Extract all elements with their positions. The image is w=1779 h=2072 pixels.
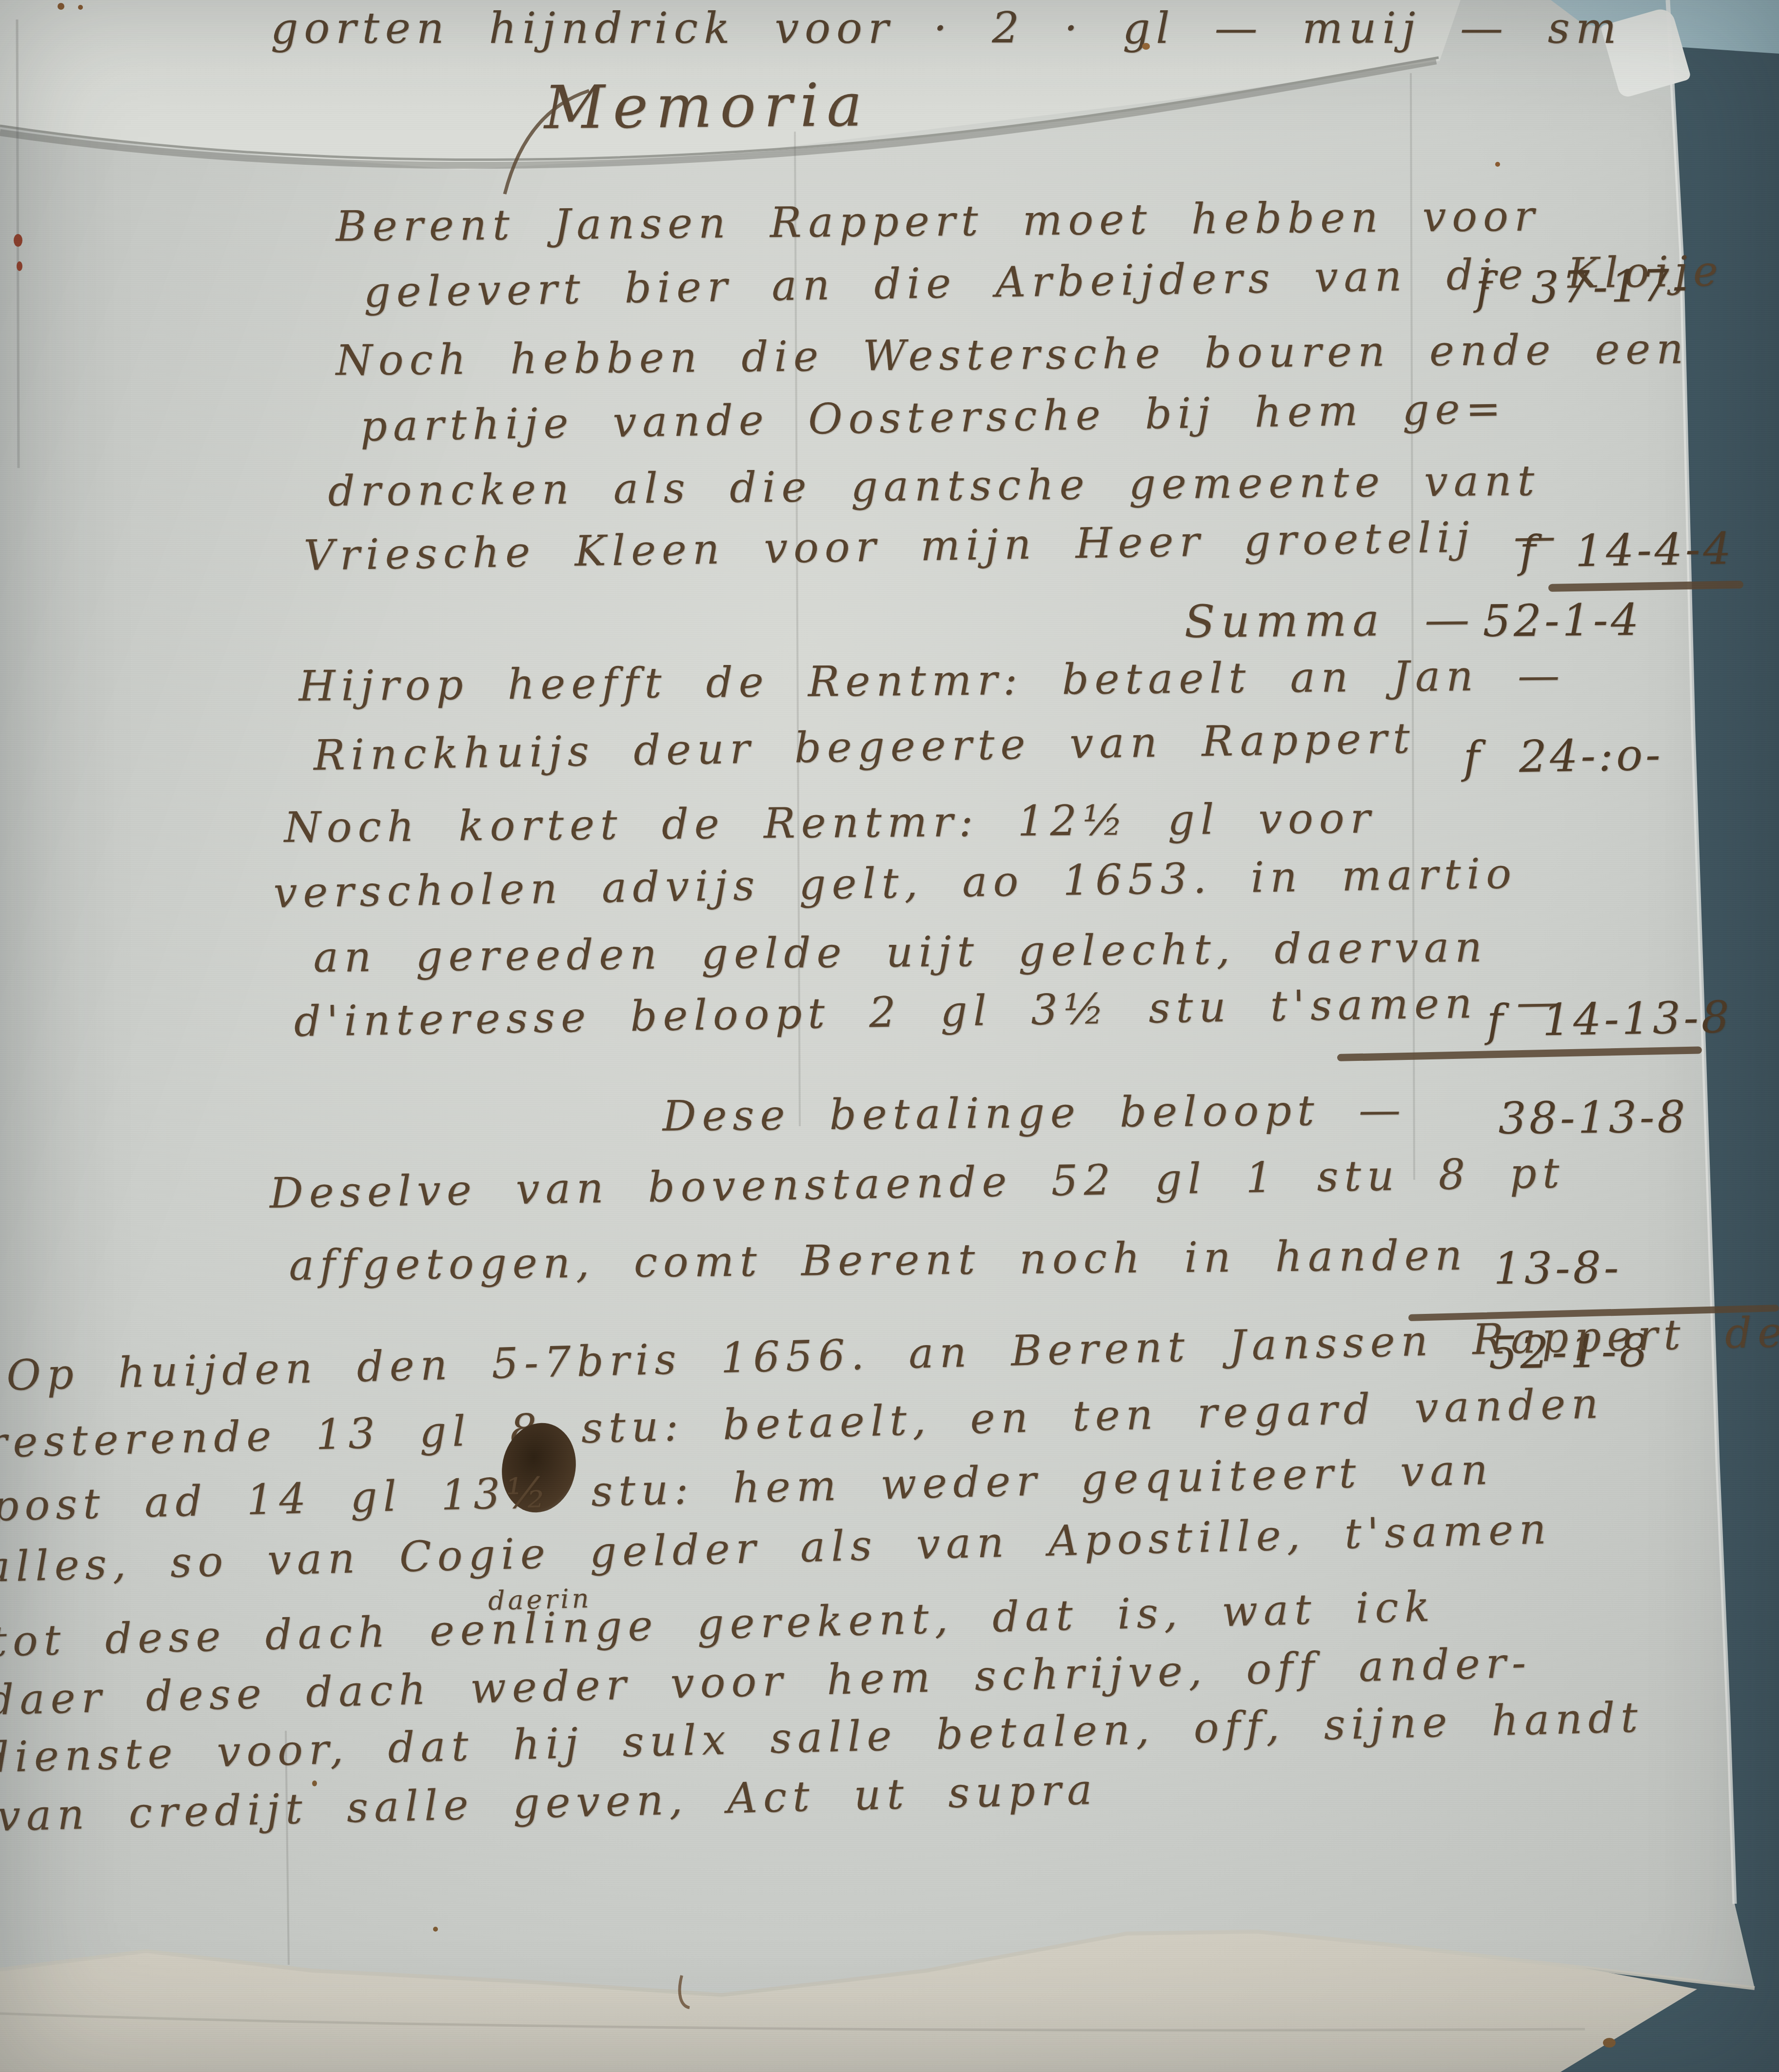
foxing-speck xyxy=(58,3,64,10)
foxing-speck xyxy=(78,5,83,10)
red-ink-mark xyxy=(17,261,22,271)
amount-value: 38-13-8 xyxy=(1498,1092,1688,1144)
manuscript-photo: gorten hijndrick voor · 2 · gl — muij — … xyxy=(0,0,1779,2072)
manuscript-line: Dese betalinge beloopt — xyxy=(662,1086,1406,1141)
summa-amount: 52-1-4 xyxy=(1482,594,1642,647)
manuscript-line: an gereeden gelde uijt gelecht, daervan xyxy=(313,923,1488,982)
header-fragment-line: gorten hijndrick voor · 2 · gl — muij — … xyxy=(271,3,1622,53)
amount-value: f 14-4-4 xyxy=(1519,523,1734,578)
red-ink-mark xyxy=(14,234,22,247)
amount-value: 13-8- xyxy=(1493,1242,1622,1294)
amount-value: f 14-13-8 xyxy=(1486,992,1733,1047)
foxing-speck xyxy=(312,1780,317,1786)
document-title: Memoria xyxy=(544,70,870,142)
manuscript-line: Noch kortet de Rentmr: 12½ gl voor xyxy=(284,794,1376,852)
amount-value: f 24-:o- xyxy=(1463,729,1663,783)
amount-value: f 37-17- xyxy=(1475,260,1690,314)
stain xyxy=(1603,2038,1616,2048)
summa-label: Summa — xyxy=(1184,593,1476,648)
manuscript-line: affgetogen, comt Berent noch in handen xyxy=(289,1231,1468,1290)
foxing-speck xyxy=(1142,43,1150,50)
foxing-speck xyxy=(433,1927,438,1932)
foxing-speck xyxy=(1495,162,1500,167)
